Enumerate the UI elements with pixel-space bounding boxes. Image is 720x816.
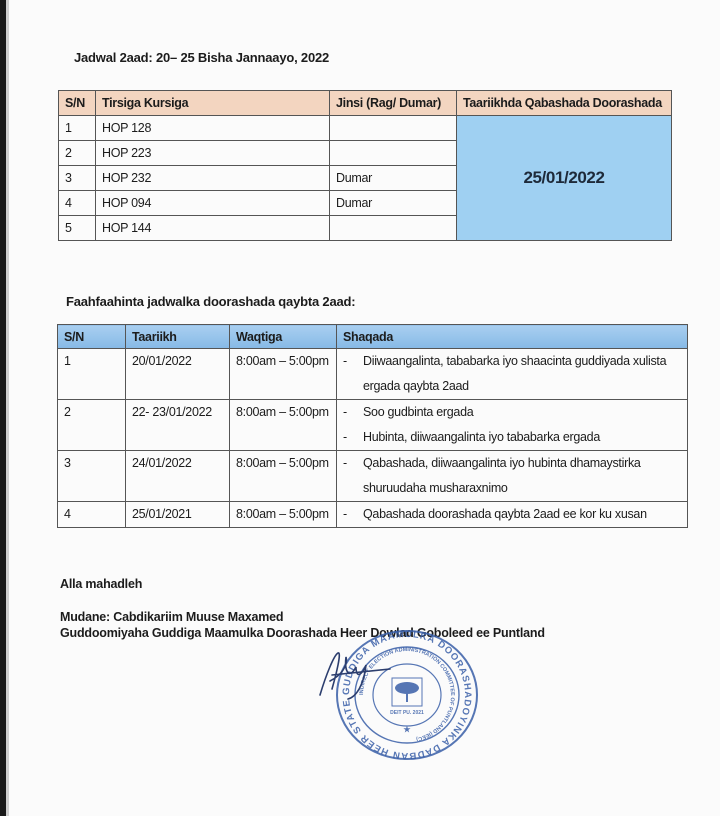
- details-subtitle: Faahfaahinta jadwalka doorashada qaybta …: [66, 294, 355, 309]
- cell-sn: 3: [58, 451, 126, 502]
- seat-schedule-table: S/N Tirsiga Kursiga Jinsi (Rag/ Dumar) T…: [58, 90, 672, 241]
- cell-seat: HOP 232: [96, 166, 330, 191]
- header-sn: S/N: [59, 91, 96, 116]
- cell-gender: Dumar: [330, 166, 457, 191]
- cell-seat: HOP 144: [96, 216, 330, 241]
- cell-task: -Soo gudbinta ergada -Hubinta, diiwaanga…: [337, 400, 688, 451]
- cell-sn: 2: [59, 141, 96, 166]
- table-row: 4 25/01/2021 8:00am – 5:00pm -Qabashada …: [58, 502, 688, 528]
- cell-task: -Diiwaangalinta, tababarka iyo shaacinta…: [337, 349, 688, 400]
- table-row: 3 24/01/2022 8:00am – 5:00pm -Qabashada,…: [58, 451, 688, 502]
- task-text: Soo gudbinta ergada: [363, 400, 473, 425]
- cell-gender: [330, 141, 457, 166]
- cell-task: -Qabashada, diiwaangalinta iyo hubinta d…: [337, 451, 688, 502]
- table-row: 1 20/01/2022 8:00am – 5:00pm -Diiwaangal…: [58, 349, 688, 400]
- cell-sn: 5: [59, 216, 96, 241]
- header-task: Shaqada: [337, 325, 688, 349]
- signature-icon: [312, 645, 392, 705]
- cell-time: 8:00am – 5:00pm: [230, 349, 337, 400]
- cell-date: 25/01/2021: [126, 502, 230, 528]
- table-header-row: S/N Tirsiga Kursiga Jinsi (Rag/ Dumar) T…: [59, 91, 672, 116]
- bullet-dash: -: [343, 451, 363, 501]
- task-text: Diiwaangalinta, tababarka iyo shaacinta …: [363, 349, 681, 399]
- header-time: Waqtiga: [230, 325, 337, 349]
- cell-seat: HOP 128: [96, 116, 330, 141]
- task-item: -Qabashada, diiwaangalinta iyo hubinta d…: [343, 451, 681, 501]
- task-item: -Diiwaangalinta, tababarka iyo shaacinta…: [343, 349, 681, 399]
- closing-text: Alla mahadleh: [60, 577, 142, 591]
- header-sn: S/N: [58, 325, 126, 349]
- schedule-title: Jadwal 2aad: 20– 25 Bisha Jannaayo, 2022: [74, 50, 329, 65]
- cell-time: 8:00am – 5:00pm: [230, 400, 337, 451]
- header-date: Taariikh: [126, 325, 230, 349]
- seal-center-text: DEIT PU. 2021: [390, 710, 424, 716]
- cell-gender: [330, 216, 457, 241]
- header-gender: Jinsi (Rag/ Dumar): [330, 91, 457, 116]
- cell-gender: [330, 116, 457, 141]
- details-table: S/N Taariikh Waqtiga Shaqada 1 20/01/202…: [57, 324, 688, 528]
- table-row: 2 22- 23/01/2022 8:00am – 5:00pm -Soo gu…: [58, 400, 688, 451]
- task-item: -Soo gudbinta ergada: [343, 400, 681, 425]
- bullet-dash: -: [343, 400, 363, 425]
- bullet-dash: -: [343, 502, 363, 527]
- cell-sn: 4: [58, 502, 126, 528]
- cell-gender: Dumar: [330, 191, 457, 216]
- cell-time: 8:00am – 5:00pm: [230, 502, 337, 528]
- header-election-date: Taariikhda Qabashada Doorashada: [457, 91, 672, 116]
- bullet-dash: -: [343, 349, 363, 399]
- cell-seat: HOP 094: [96, 191, 330, 216]
- header-seat: Tirsiga Kursiga: [96, 91, 330, 116]
- cell-sn: 1: [58, 349, 126, 400]
- cell-sn: 4: [59, 191, 96, 216]
- page-edge-highlight: [6, 0, 9, 816]
- task-text: Qabashada doorashada qaybta 2aad ee kor …: [363, 502, 647, 527]
- cell-sn: 3: [59, 166, 96, 191]
- task-text: Qabashada, diiwaangalinta iyo hubinta dh…: [363, 451, 681, 501]
- cell-date: 22- 23/01/2022: [126, 400, 230, 451]
- signer-name: Mudane: Cabdikariim Muuse Maxamed: [60, 609, 545, 625]
- cell-time: 8:00am – 5:00pm: [230, 451, 337, 502]
- table-header-row: S/N Taariikh Waqtiga Shaqada: [58, 325, 688, 349]
- bullet-dash: -: [343, 425, 363, 450]
- task-item: -Qabashada doorashada qaybta 2aad ee kor…: [343, 502, 681, 527]
- election-date-cell: 25/01/2022: [457, 116, 672, 241]
- cell-sn: 2: [58, 400, 126, 451]
- task-text: Hubinta, diiwaangalinta iyo tababarka er…: [363, 425, 600, 450]
- svg-text:★: ★: [403, 725, 411, 734]
- cell-date: 24/01/2022: [126, 451, 230, 502]
- cell-sn: 1: [59, 116, 96, 141]
- task-item: -Hubinta, diiwaangalinta iyo tababarka e…: [343, 425, 681, 450]
- cell-seat: HOP 223: [96, 141, 330, 166]
- table-row: 1 HOP 128 25/01/2022: [59, 116, 672, 141]
- cell-task: -Qabashada doorashada qaybta 2aad ee kor…: [337, 502, 688, 528]
- cell-date: 20/01/2022: [126, 349, 230, 400]
